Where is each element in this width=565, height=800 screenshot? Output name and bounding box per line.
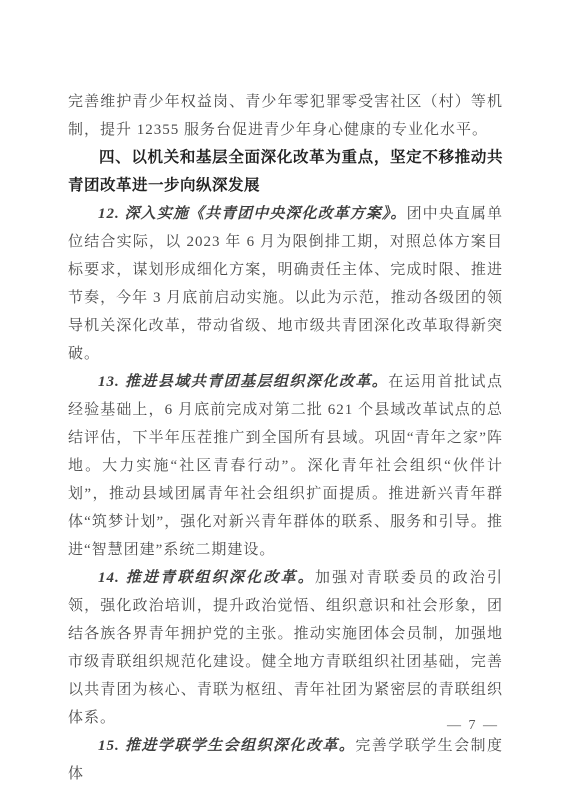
paragraph-13-lead: 13. 推进县域共青团基层组织深化改革。 (98, 374, 388, 390)
document-body: 完善维护青少年权益岗、青少年零犯罪零受害社区（村）等机制，提升 12355 服务… (68, 88, 503, 788)
paragraph-14-text: 加强对青联委员的政治引领，强化政治培训，提升政治觉悟、组织意识和社会形象，团结各… (68, 570, 503, 726)
page-number: — 7 — (447, 716, 499, 736)
paragraph-12-text: 团中央直属单位结合实际，以 2023 年 6 月为限倒排工期，对照总体方案目标要… (68, 206, 503, 362)
paragraph-15: 15. 推进学联学生会组织深化改革。完善学联学生会制度体 (68, 732, 503, 788)
paragraph-14-lead: 14. 推进青联组织深化改革。 (98, 570, 315, 586)
continuation-paragraph: 完善维护青少年权益岗、青少年零犯罪零受害社区（村）等机制，提升 12355 服务… (68, 88, 503, 144)
paragraph-13: 13. 推进县域共青团基层组织深化改革。在运用首批试点经验基础上，6 月底前完成… (68, 368, 503, 564)
paragraph-15-lead: 15. 推进学联学生会组织深化改革。 (98, 738, 355, 754)
paragraph-13-text: 在运用首批试点经验基础上，6 月底前完成对第二批 621 个县域改革试点的总结评… (68, 374, 503, 558)
document-page: 完善维护青少年权益岗、青少年零犯罪零受害社区（村）等机制，提升 12355 服务… (0, 0, 565, 800)
paragraph-12-lead: 12. 深入实施《共青团中央深化改革方案》。 (98, 206, 407, 222)
paragraph-14: 14. 推进青联组织深化改革。加强对青联委员的政治引领，强化政治培训，提升政治觉… (68, 564, 503, 732)
section-heading: 四、以机关和基层全面深化改革为重点，坚定不移推动共青团改革进一步向纵深发展 (68, 144, 503, 200)
paragraph-12: 12. 深入实施《共青团中央深化改革方案》。团中央直属单位结合实际，以 2023… (68, 200, 503, 368)
